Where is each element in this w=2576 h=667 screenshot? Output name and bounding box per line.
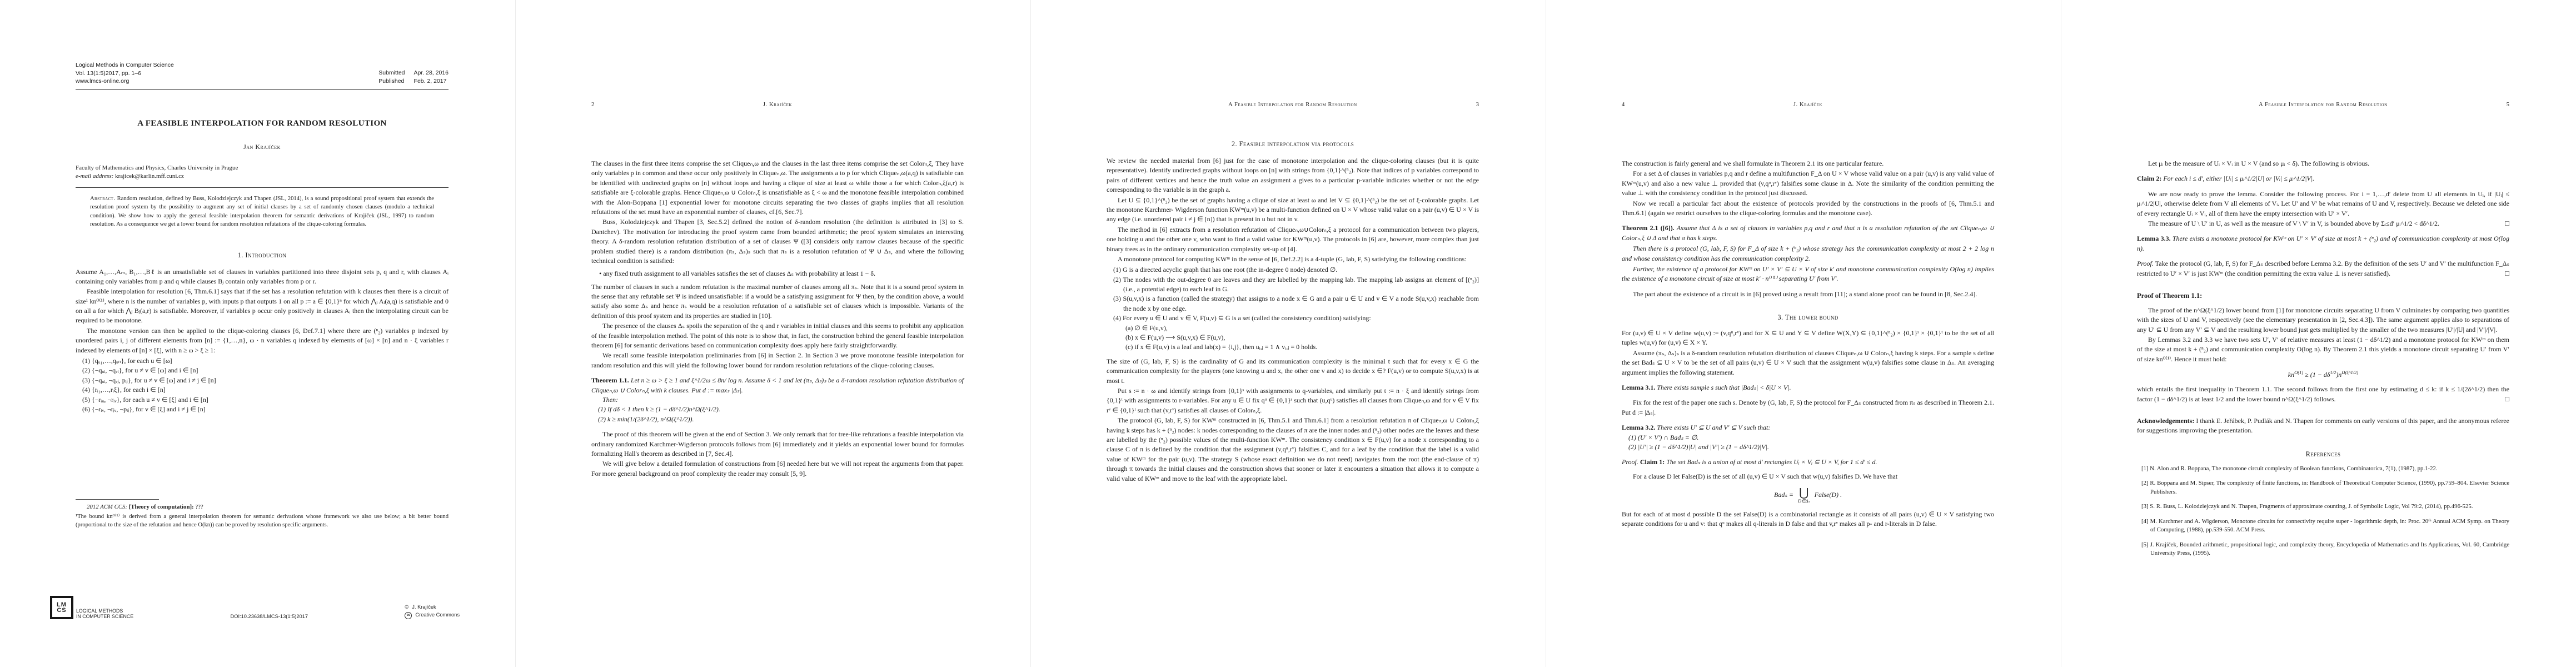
section-heading-introduction: 1. Introduction bbox=[76, 251, 449, 260]
reference-item: [2] R. Boppana and M. Sipser, The comple… bbox=[2137, 479, 2509, 496]
theorem-1-1: Theorem 1.1. Let n ≥ ω > ξ ≥ 1 and ξ^1/2… bbox=[591, 376, 964, 424]
equation-sup: O(1) bbox=[2294, 370, 2303, 375]
condition-subitem: (c) if x ∈ F(u,v) is a leaf and lab(x) =… bbox=[1107, 342, 1479, 352]
equation-sup: 1/2 bbox=[2330, 370, 2336, 375]
condition-subitem: (a) ∅ ∈ F(u,v), bbox=[1107, 323, 1479, 333]
page-number: 5 bbox=[2493, 102, 2509, 108]
paragraph: Let U ⊆ {0,1}^(ⁿ₂) be the set of graphs … bbox=[1107, 196, 1479, 225]
email-line: e-mail address: krajicek@karlin.mff.cuni… bbox=[76, 173, 449, 180]
equation-part: kn bbox=[2288, 371, 2294, 379]
running-title: A Feasible Interpolation for Random Reso… bbox=[2154, 102, 2493, 108]
reference-item: [4] M. Karchmer and A. Wigderson, Monoto… bbox=[2137, 517, 2509, 535]
clause-item: (5) {¬rᵢᵤ, ¬rᵢᵥ}, for each u ≠ v ∈ [ξ] a… bbox=[76, 395, 449, 405]
condition-item: (1) G is a directed acyclic graph that h… bbox=[1107, 265, 1479, 275]
logo-label-line1: LOGICAL METHODS bbox=[76, 608, 133, 614]
lmcs-logo-icon: LM CS bbox=[50, 596, 73, 619]
clause-item: (3) {¬qᵤᵢ, ¬qᵥⱼ, pᵢⱼ}, for u ≠ v ∈ [ω] a… bbox=[76, 376, 449, 385]
clause-item: (4) {rᵢ₁,…,rᵢξ}, for each i ∈ [n] bbox=[76, 385, 449, 395]
paragraph: For a set Δ of clauses in variables p,q … bbox=[1622, 169, 1994, 198]
running-author: J. Krajíček bbox=[1638, 102, 1977, 108]
running-title: A Feasible Interpolation for Random Reso… bbox=[1123, 102, 1462, 108]
display-equation-bad-union: Badₛ = ⋃ D∈Δₛ False(D) . bbox=[1622, 487, 1994, 504]
section-heading-protocols: 2. Feasible interpolation via protocols bbox=[1107, 140, 1479, 148]
creative-commons-icon: cc bbox=[405, 612, 412, 619]
lmcs-logo-label: LOGICAL METHODS IN COMPUTER SCIENCE bbox=[76, 608, 133, 619]
paragraph: Now we recall a particular fact about th… bbox=[1622, 199, 1994, 218]
proof-label: Proof. bbox=[2137, 260, 2154, 267]
claim-body: The set Badₛ is a union of at most d′ re… bbox=[1666, 458, 1877, 466]
clause-item: (6) {¬rᵢᵥ, ¬rⱼᵥ, ¬pᵢⱼ}, for v ∈ [ξ] and … bbox=[76, 405, 449, 414]
lemma-body: There exists U′ ⊆ U and V′ ⊆ V such that… bbox=[1657, 424, 1770, 431]
running-head: A Feasible Interpolation for Random Reso… bbox=[1107, 102, 1479, 108]
copyright-name: J. Krajíček bbox=[412, 604, 436, 611]
abstract-label: Abstract. bbox=[90, 196, 115, 202]
paragraph: Put s := n · ω and identify strings from… bbox=[1107, 386, 1479, 415]
acm-suffix: ??? bbox=[195, 504, 203, 510]
submitted-label: Submitted bbox=[378, 69, 405, 77]
clause-item: (1) {qᵤ₁,…,qᵤₙ}, for each u ∈ [ω] bbox=[76, 356, 449, 366]
page-4: 4 J. Krajíček The construction is fairly… bbox=[1546, 0, 2061, 667]
logo-letters-bottom: CS bbox=[57, 608, 66, 613]
claim-label: Claim 2: bbox=[2137, 175, 2161, 182]
paper-title: A FEASIBLE INTERPOLATION FOR RANDOM RESO… bbox=[76, 119, 449, 128]
bullet-item: • any fixed truth assignment to all vari… bbox=[591, 269, 964, 278]
page-3: A Feasible Interpolation for Random Reso… bbox=[1030, 0, 1546, 667]
paper-spread: Logical Methods in Computer Science Vol.… bbox=[0, 0, 2576, 667]
published-date: Feb. 2, 2017 bbox=[414, 77, 449, 86]
theorem-label: Theorem 2.1 ([6]). bbox=[1622, 224, 1675, 232]
paragraph: Assume A₁,…,Aₘ, B₁,…,Bℓ is an unsatisfia… bbox=[76, 267, 449, 287]
lmcs-logo-block: LM CS LOGICAL METHODS IN COMPUTER SCIENC… bbox=[50, 596, 133, 619]
paragraph: Assume (πₛ, Δₛ)ₛ is a δ-random resolutio… bbox=[1622, 349, 1994, 377]
abstract: Abstract. Random resolution, defined by … bbox=[90, 195, 434, 228]
theorem-then: Then: bbox=[591, 395, 964, 405]
lemma-body: There exists sample s such that |Badₛ| <… bbox=[1657, 384, 1791, 391]
protocol-conditions: (1) G is a directed acyclic graph that h… bbox=[1107, 265, 1479, 352]
affiliation: Faculty of Mathematics and Physics, Char… bbox=[76, 165, 449, 171]
journal-volume: Vol. 13(1:5)2017, pp. 1–6 bbox=[76, 69, 174, 78]
page-body: Let μᵢ be the measure of Uᵢ × Vᵢ in U × … bbox=[2137, 159, 2509, 558]
paragraph: The method in [6] extracts from a resolu… bbox=[1107, 225, 1479, 254]
equation-lhs: Badₛ = bbox=[1774, 491, 1793, 499]
paragraph: By Lemmas 3.2 and 3.3 we have two sets U… bbox=[2137, 335, 2509, 364]
running-author: J. Krajíček bbox=[608, 102, 947, 108]
paragraph: Buss, Kolodziejczyk and Thapen [3, Sec.5… bbox=[591, 217, 964, 266]
union-operator: ⋃ D∈Δₛ bbox=[1798, 487, 1810, 504]
reference-list: [1] N. Alon and R. Boppana, The monotone… bbox=[2137, 465, 2509, 558]
creative-commons-label: Creative Commons bbox=[415, 611, 460, 619]
paragraph: The clauses in the first three items com… bbox=[591, 159, 964, 217]
submitted-date: Apr. 28, 2016 bbox=[414, 69, 449, 77]
proof-body: Take the protocol (G, lab, F, S) for F_Δ… bbox=[2137, 260, 2509, 277]
equation-rhs: False(D) . bbox=[1815, 491, 1842, 499]
email-label: e-mail address: bbox=[76, 173, 113, 180]
logo-label-line2: IN COMPUTER SCIENCE bbox=[76, 614, 133, 619]
email-address[interactable]: krajicek@karlin.mff.cuni.cz bbox=[115, 173, 184, 180]
theorem-body: Assume that Δ is a set of clauses in var… bbox=[1622, 224, 1994, 241]
footnote-block: 2012 ACM CCS: [Theory of computation]: ?… bbox=[76, 499, 449, 530]
qed-icon: □ bbox=[2494, 219, 2509, 228]
section-heading-lower-bound: 3. The lower bound bbox=[1622, 313, 1994, 322]
page-number: 4 bbox=[1622, 102, 1638, 108]
page-number: 3 bbox=[1462, 102, 1479, 108]
paragraph: The proof of the n^Ω(ξ^1/2) lower bound … bbox=[2137, 306, 2509, 335]
copyright-icon: © bbox=[405, 604, 408, 611]
paragraph: The number of clauses in such a random r… bbox=[591, 282, 964, 321]
display-equation-lower-bound: knO(1) ≥ (1 − dδ1/2)nΩ(ξ^1/2) bbox=[2137, 370, 2509, 379]
lemma-label: Lemma 3.3. bbox=[2137, 235, 2171, 242]
lemma-item: (2) |U′| ≥ (1 − dδ^1/2)|U| and |V′| ≥ (1… bbox=[1622, 442, 1994, 452]
proof-claim-1: Proof. Claim 1: The set Badₛ is a union … bbox=[1622, 457, 1994, 467]
creative-commons-row: cc Creative Commons bbox=[405, 611, 460, 619]
page-5: A Feasible Interpolation for Random Reso… bbox=[2061, 0, 2576, 667]
equation-sup: Ω(ξ^1/2) bbox=[2341, 370, 2358, 375]
lemma-item: (1) (U′ × V′) ∩ Badₛ = ∅. bbox=[1622, 433, 1994, 442]
big-union-icon: ⋃ bbox=[1799, 487, 1808, 499]
paragraph: The size of (G, lab, F, S) is the cardin… bbox=[1107, 357, 1479, 386]
paragraph: which entails the first inequality in Th… bbox=[2137, 385, 2509, 404]
author-name: Jan Krajíček bbox=[76, 143, 449, 151]
footnote-text: ¹The bound knᴼ⁽¹⁾ is derived from a gene… bbox=[76, 512, 449, 530]
paragraph: We review the needed material from [6] j… bbox=[1107, 156, 1479, 195]
title-rule bbox=[76, 187, 449, 188]
reference-item: [5] J. Krajíček, Bounded arithmetic, pro… bbox=[2137, 541, 2509, 558]
lemma-3-1: Lemma 3.1. There exists sample s such th… bbox=[1622, 383, 1994, 392]
journal-name: Logical Methods in Computer Science bbox=[76, 61, 174, 69]
claim-label: Claim 1: bbox=[1640, 458, 1665, 466]
proof-label: Proof. bbox=[1622, 458, 1638, 466]
page-2: 2 J. Krajíček The clauses in the first t… bbox=[515, 0, 1030, 667]
references-heading: References bbox=[2137, 450, 2509, 459]
paragraph: Let μᵢ be the measure of Uᵢ × Vᵢ in U × … bbox=[2137, 159, 2509, 168]
theorem-item: (2) k ≥ min(1/(2δ^1/2), n^Ω(ξ^1/2)). bbox=[591, 415, 964, 424]
qed-icon: □ bbox=[2505, 269, 2509, 278]
acm-category: [Theory of computation]: bbox=[129, 504, 194, 510]
theorem-body3: Further, the existence of a protocol for… bbox=[1622, 265, 1994, 284]
acknowledgements: Acknowledgements: I thank E. Jeřábek, P.… bbox=[2137, 416, 2509, 436]
running-head: 2 J. Krajíček bbox=[591, 102, 964, 108]
reference-item: [1] N. Alon and R. Boppana, The monotone… bbox=[2137, 465, 2509, 474]
equation-part: ≥ (1 − dδ bbox=[2303, 371, 2330, 379]
paragraph: Fix for the rest of the paper one such s… bbox=[1622, 398, 1994, 417]
paragraph: The monotone version can then be applied… bbox=[76, 326, 449, 355]
condition-subitem: (b) x ∈ F(u,v) ⟶ S(u,v,x) ∈ F(u,v), bbox=[1107, 333, 1479, 342]
abstract-text: Random resolution, defined by Buss, Kolo… bbox=[90, 196, 434, 227]
paragraph: Feasible interpolation for resolution [6… bbox=[76, 287, 449, 326]
condition-item: (3) S(u,v,x) is a function (called the s… bbox=[1107, 294, 1479, 313]
claim-2: Claim 2: For each i ≤ d′, either |Uᵢ| ≤ … bbox=[2137, 174, 2509, 183]
lemma-label: Lemma 3.1. bbox=[1622, 384, 1655, 391]
page-body: The construction is fairly general and w… bbox=[1622, 159, 1994, 529]
proof-lemma-3-3: Proof. Take the protocol (G, lab, F, S) … bbox=[2137, 259, 2509, 278]
paragraph: The presence of the clauses Δₛ spoils th… bbox=[591, 321, 964, 350]
lemma-3-3: Lemma 3.3. There exists a monotone proto… bbox=[2137, 234, 2509, 253]
running-head: 4 J. Krajíček bbox=[1622, 102, 1994, 108]
header-rule bbox=[76, 89, 449, 90]
paragraph: The proof of this theorem will be given … bbox=[591, 430, 964, 459]
lemma-label: Lemma 3.2. bbox=[1622, 424, 1655, 431]
journal-url[interactable]: www.lmcs-online.org bbox=[76, 77, 174, 86]
paragraph: For (u,v) ∈ U × V define w(u,v) := (v,qᵘ… bbox=[1622, 328, 1994, 348]
paragraph: The construction is fairly general and w… bbox=[1622, 159, 1994, 168]
theorem-body2: Then there is a protocol (G, lab, F, S) … bbox=[1622, 244, 1994, 263]
theorem-body: Let n ≥ ω > ξ ≥ 1 and ξ^1/2ω ≤ 8n/ log n… bbox=[591, 376, 964, 394]
equation-part: )n bbox=[2336, 371, 2341, 379]
page-footer: LM CS LOGICAL METHODS IN COMPUTER SCIENC… bbox=[50, 596, 460, 619]
reference-item: [3] S. R. Buss, L. Kolodziejczyk and N. … bbox=[2137, 502, 2509, 511]
paragraph: We recall some feasible interpolation pr… bbox=[591, 351, 964, 370]
condition-item: (4) For every u ∈ U and v ∈ V, F(u,v) ⊆ … bbox=[1107, 313, 1479, 323]
paragraph: The measure of U \ U′ in U, as well as t… bbox=[2137, 219, 2509, 228]
qed-icon: □ bbox=[2505, 395, 2509, 404]
page-body: 2. Feasible interpolation via protocols … bbox=[1107, 140, 1479, 484]
theorem-label: Theorem 1.1. bbox=[591, 376, 629, 384]
submission-dates: Submitted Apr. 28, 2016 Published Feb. 2… bbox=[378, 69, 449, 86]
page-1: Logical Methods in Computer Science Vol.… bbox=[0, 0, 515, 667]
journal-info: Logical Methods in Computer Science Vol.… bbox=[76, 61, 174, 86]
paragraph: A monotone protocol for computing KWᵐ in… bbox=[1107, 255, 1479, 264]
paragraph: But for each of at most d possible D the… bbox=[1622, 510, 1994, 529]
paragraph: The protocol (G, lab, F, S) for KWᵐ cons… bbox=[1107, 416, 1479, 484]
footnote-rule bbox=[76, 499, 159, 500]
theorem-item: (1) If dδ < 1 then k ≥ (1 − dδ^1/2)n^Ω(ξ… bbox=[591, 405, 964, 414]
copyright-row: © J. Krajíček bbox=[405, 604, 460, 611]
lemma-3-2: Lemma 3.2. There exists U′ ⊆ U and V′ ⊆ … bbox=[1622, 423, 1994, 452]
published-label: Published bbox=[378, 77, 405, 86]
running-head: A Feasible Interpolation for Random Reso… bbox=[2137, 102, 2509, 108]
clause-list: (1) {qᵤ₁,…,qᵤₙ}, for each u ∈ [ω] (2) {¬… bbox=[76, 356, 449, 414]
acm-classification: 2012 ACM CCS: [Theory of computation]: ?… bbox=[76, 503, 449, 511]
page-body: The clauses in the first three items com… bbox=[591, 159, 964, 479]
clause-item: (2) {¬qᵤᵢ, ¬qᵥᵢ}, for u ≠ v ∈ [ω] and i … bbox=[76, 366, 449, 375]
paragraph-text: The measure of U \ U′ in U, as well as t… bbox=[2148, 220, 2439, 227]
claim-body: For each i ≤ d′, either |Uᵢ| ≤ μᵢ^1/2|U|… bbox=[2163, 175, 2314, 182]
union-subscript: D∈Δₛ bbox=[1798, 499, 1810, 504]
proof-of-theorem-heading: Proof of Theorem 1.1: bbox=[2137, 292, 2509, 300]
acknowledgements-label: Acknowledgements: bbox=[2137, 417, 2194, 425]
doi-text[interactable]: DOI:10.23638/LMCS-13(1:5)2017 bbox=[133, 614, 405, 619]
paragraph: We will give below a detailed formulatio… bbox=[591, 459, 964, 479]
copyright-block: © J. Krajíček cc Creative Commons bbox=[405, 604, 460, 619]
paragraph: We are now ready to prove the lemma. Con… bbox=[2137, 190, 2509, 218]
paragraph: For a clause D let False(D) is the set o… bbox=[1622, 472, 1994, 481]
acm-prefix: 2012 ACM CCS: bbox=[87, 504, 127, 510]
paragraph-text: which entails the first inequality in Th… bbox=[2137, 385, 2509, 402]
lemma-body: There exists a monotone protocol for KWᵐ… bbox=[2137, 235, 2509, 252]
condition-item: (2) The nodes with the out-degree 0 are … bbox=[1107, 275, 1479, 295]
journal-header: Logical Methods in Computer Science Vol.… bbox=[76, 61, 449, 86]
page-number: 2 bbox=[591, 102, 608, 108]
paragraph: The part about the existence of a circui… bbox=[1622, 290, 1994, 299]
theorem-2-1: Theorem 2.1 ([6]). Assume that Δ is a se… bbox=[1622, 223, 1994, 283]
